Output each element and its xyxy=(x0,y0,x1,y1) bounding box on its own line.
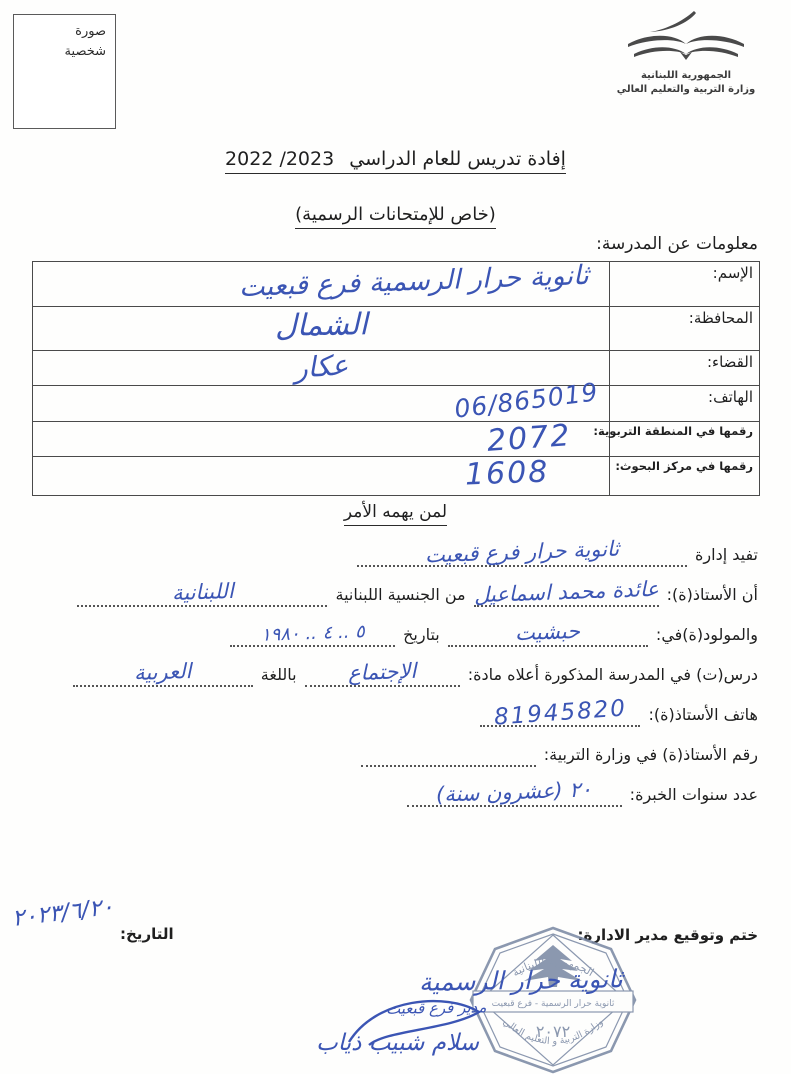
stamp-band-text: ثانوية حرار الرسمية - فرع قبعيت xyxy=(492,999,615,1009)
letter-heading: لمن يهمه الأمر xyxy=(0,502,791,522)
scanned-form-page: صورة شخصية الجمهورية اللبنانية وزارة الت… xyxy=(0,0,791,1074)
dotted-fill: الإجتماع xyxy=(305,663,460,687)
letter-line: هاتف الأستاذ(ة): 81945820 xyxy=(40,702,758,727)
row-label: القضاء: xyxy=(610,351,760,386)
handwritten-value: 1608 xyxy=(464,458,549,491)
row-label: المحافظة: xyxy=(610,307,760,351)
handwritten-value: حبشيت xyxy=(515,621,581,644)
line-text: من الجنسية اللبنانية xyxy=(336,585,466,604)
handwritten-value: 06/865019 xyxy=(453,379,600,421)
line-text: عدد سنوات الخبرة: xyxy=(630,785,758,804)
row-value: 06/865019 xyxy=(33,386,610,422)
dotted-fill: ثانوية حرار فرع قبعيت xyxy=(357,543,687,567)
table-row: الإسم: ثانوية حرار الرسمية فرع قبعيت xyxy=(33,262,760,307)
row-value: ثانوية حرار الرسمية فرع قبعيت xyxy=(33,262,610,307)
letter-body: تفيد إدارة ثانوية حرار فرع قبعيت أن الأس… xyxy=(40,542,758,822)
line-text: والمولود(ة)في: xyxy=(656,625,758,644)
line-text: تفيد إدارة xyxy=(695,545,758,564)
dotted-fill xyxy=(361,743,536,767)
row-label: رقمها في المنطقة التربوية: xyxy=(610,422,760,457)
dotted-fill: حبشيت xyxy=(448,623,648,647)
handwritten-value: عكار xyxy=(293,351,349,383)
row-value: عكار xyxy=(33,351,610,386)
table-row: القضاء: عكار xyxy=(33,351,760,386)
table-row: الهاتف: 06/865019 xyxy=(33,386,760,422)
table-row: المحافظة: الشمال xyxy=(33,307,760,351)
row-label: الهاتف: xyxy=(610,386,760,422)
handwritten-value: الشمال xyxy=(274,310,367,342)
handwritten-value: ٥ .. ٤ .. ١٩٨٠ xyxy=(260,623,364,645)
dotted-fill: اللبنانية xyxy=(77,583,327,607)
row-label: الإسم: xyxy=(610,262,760,307)
dotted-fill: عائدة محمد اسماعيل xyxy=(474,583,659,607)
official-school-stamp: ثانوية حرار الرسمية - فرع قبعيت ٢٠٧٢ الج… xyxy=(468,925,638,1074)
row-label: رقمها في مركز البحوث: xyxy=(610,457,760,496)
letter-line: أن الأستاذ(ة): عائدة محمد اسماعيل من الج… xyxy=(40,582,758,607)
row-value: الشمال xyxy=(33,307,610,351)
line-text: هاتف الأستاذ(ة): xyxy=(649,705,758,724)
table-row: رقمها في المنطقة التربوية: 2072 xyxy=(33,422,760,457)
handwritten-value: الإجتماع xyxy=(348,661,417,684)
school-info-table: الإسم: ثانوية حرار الرسمية فرع قبعيت الم… xyxy=(32,261,760,496)
date-label: التاريخ: xyxy=(120,925,174,943)
handwritten-value: اللبنانية xyxy=(171,581,233,604)
row-value: 2072 xyxy=(33,422,610,457)
title-text: إفادة تدريس للعام الدراسي xyxy=(349,148,566,170)
handwritten-role: مدير فرع قبعيت xyxy=(385,1000,486,1017)
handwritten-value: ثانوية حرار الرسمية فرع قبعيت xyxy=(239,262,590,301)
letter-line: تفيد إدارة ثانوية حرار فرع قبعيت xyxy=(40,542,758,567)
letter-line: رقم الأستاذ(ة) في وزارة التربية: xyxy=(40,742,758,767)
handwritten-date: ٢٠٢٣/٦/٢٠ xyxy=(11,896,115,931)
dotted-fill: ٢٠ (عشرون سنة) xyxy=(407,783,622,807)
handwritten-value: 2072 xyxy=(486,421,572,457)
ministry-subtitle: وزارة التربية والتعليم العالي xyxy=(607,84,765,95)
line-text: أن الأستاذ(ة): xyxy=(667,585,758,604)
line-text: رقم الأستاذ(ة) في وزارة التربية: xyxy=(544,745,758,764)
school-info-heading: معلومات عن المدرسة: xyxy=(596,234,758,254)
document-title: إفادة تدريس للعام الدراسي 2022 /2023 xyxy=(0,148,791,170)
letter-line: والمولود(ة)في: حبشيت بتاريخ ٥ .. ٤ .. ١٩… xyxy=(40,622,758,647)
document-subtitle: (خاص للإمتحانات الرسمية) xyxy=(0,204,791,225)
handwritten-value: ثانوية حرار فرع قبعيت xyxy=(424,539,619,567)
photo-box: صورة شخصية xyxy=(13,14,116,129)
handwritten-value: عائدة محمد اسماعيل xyxy=(473,579,658,606)
line-text: بتاريخ xyxy=(403,625,440,644)
title-years: 2022 /2023 xyxy=(225,148,334,170)
handwritten-school-name: ثانوية حرار الرسمية xyxy=(419,966,623,995)
photo-box-label: صورة شخصية xyxy=(54,15,115,62)
handwritten-value: ٢٠ (عشرون سنة) xyxy=(436,779,593,805)
line-text: درس(ت) في المدرسة المذكورة أعلاه مادة: xyxy=(468,665,758,684)
dotted-fill: 81945820 xyxy=(480,703,640,727)
row-value: 1608 xyxy=(33,457,610,496)
dotted-fill: ٥ .. ٤ .. ١٩٨٠ xyxy=(230,623,395,647)
table-row: رقمها في مركز البحوث: 1608 xyxy=(33,457,760,496)
letter-line: عدد سنوات الخبرة: ٢٠ (عشرون سنة) xyxy=(40,782,758,807)
letter-line: درس(ت) في المدرسة المذكورة أعلاه مادة: ا… xyxy=(40,662,758,687)
ministry-logo-block: الجمهورية اللبنانية وزارة التربية والتعل… xyxy=(607,10,765,95)
open-book-logo-icon xyxy=(620,10,752,68)
handwritten-value: العربية xyxy=(134,661,192,684)
handwritten-signature: سلام شبيب ذياب xyxy=(316,1032,479,1055)
dotted-fill: العربية xyxy=(73,663,253,687)
handwritten-value: 81945820 xyxy=(493,697,627,729)
line-text: باللغة xyxy=(261,665,297,684)
ministry-name: الجمهورية اللبنانية xyxy=(607,70,765,81)
